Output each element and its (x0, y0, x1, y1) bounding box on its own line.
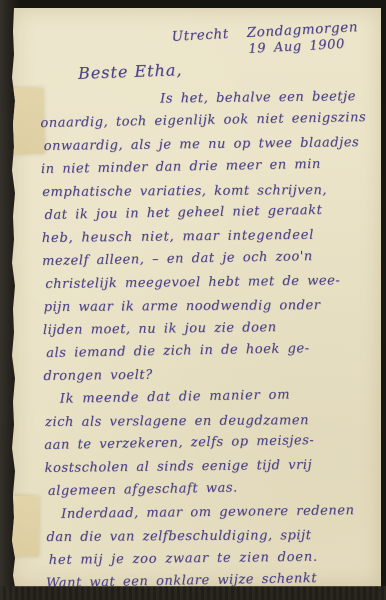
letter-page: UtrechtZondagmorgen 19 Aug 1900 Beste Et… (12, 8, 381, 587)
dateline: UtrechtZondagmorgen 19 Aug 1900 (172, 19, 360, 61)
salutation: Beste Etha, (78, 60, 183, 83)
tape-residue-bottom (10, 496, 40, 556)
photo-background: UtrechtZondagmorgen 19 Aug 1900 Beste Et… (0, 0, 386, 600)
letter-line: christelijk meegevoel hebt met de wee- (45, 269, 379, 296)
letter-line: in niet minder dan drie meer en min (41, 152, 378, 181)
letter-line: Ik meende dat die manier om (44, 382, 381, 411)
letter-body: Is het, behalve een beetje onaardig, toc… (40, 85, 383, 595)
letter-line: dan die van zelfbeschuldiging, spijt (46, 524, 382, 549)
dateline-place: Utrecht (172, 26, 230, 45)
letter-line: pijn waar ik arme noodwendig onder (44, 294, 380, 319)
letter-line: Inderdaad, maar om gewonere redenen (45, 499, 382, 526)
letter-line: Want wat een onklare wijze schenkt (46, 566, 383, 595)
